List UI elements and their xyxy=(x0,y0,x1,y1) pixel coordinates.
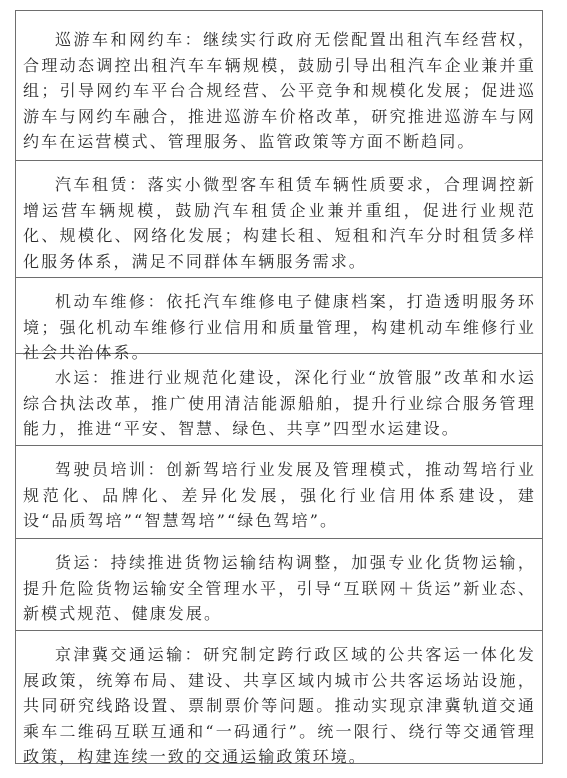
policy-table: 巡游车和网约车：继续实行政府无偿配置出租汽车经营权，合理动态调控出租汽车车辆规模… xyxy=(15,10,543,764)
